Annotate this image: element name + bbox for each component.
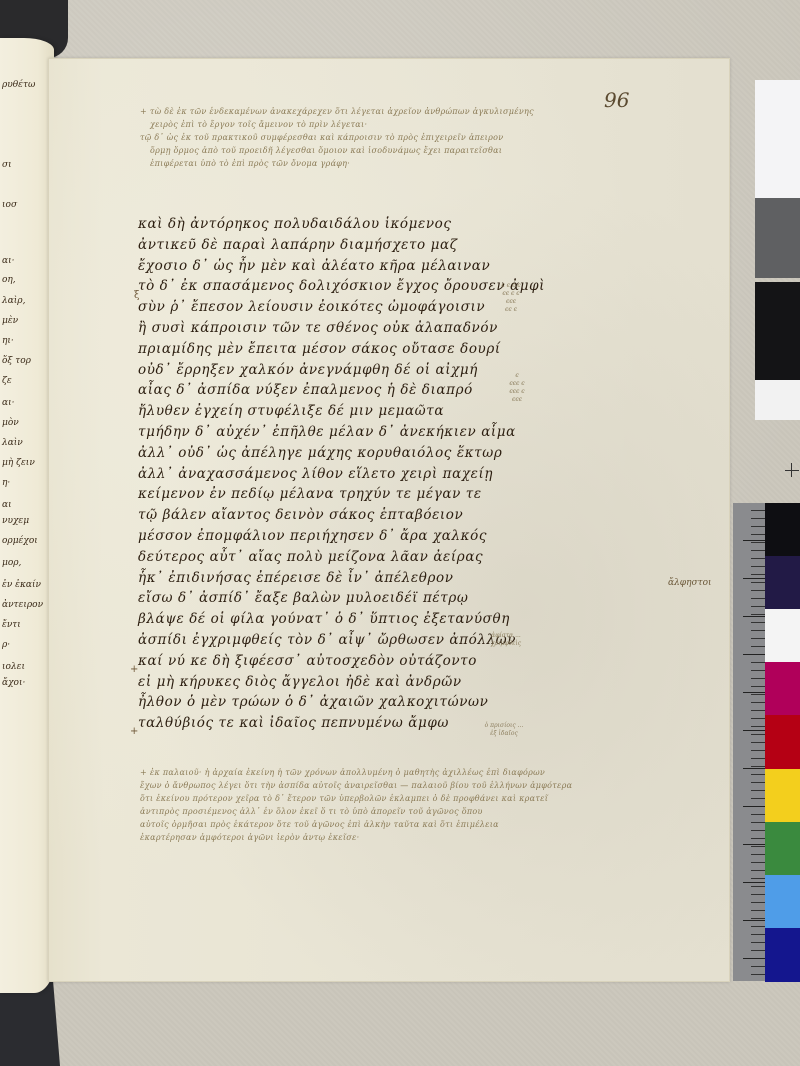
color-swatch-yellow [765, 769, 800, 823]
crosshair-icon [785, 470, 799, 471]
margin-note-4: ὁ πρισίοις ... ἐξ ἰδαῖος [484, 722, 524, 738]
text-line: σὺν ῥ᾽ ἔπεσον λείουσιν ἐοικότες ὠμοφάγοι… [138, 297, 518, 318]
text-line: πριαμίδης μὲν ἔπειτα μέσον σάκος οὔτασε … [138, 339, 518, 360]
text-line: ἀσπίδι ἐγχριμφθείς τὸν δ᾽ αἶψ᾽ ὤρθωσεν ἀ… [138, 630, 518, 651]
left-page-text-fragment: ἀντειρον [2, 600, 43, 610]
left-page-text-fragment: λαὶν [2, 438, 23, 448]
text-line: ἀλλ᾽ οὐδ᾽ ὡς ἀπέληγε μάχης κορυθαιόλος ἕ… [138, 443, 518, 464]
crosshair-icon [791, 463, 792, 477]
text-line: ἐπιφέρεται ὑπὸ τὸ ἐπὶ πρὸς τῶν ὄνομα γρά… [140, 157, 700, 170]
text-line: ἔχων ὁ ἄνθρωπος λέγει ὅτι τὴν ἀσπίδα αὐτ… [140, 779, 710, 792]
scholia-bottom: + ἐκ παλαιοῦ· ἡ ἀρχαία ἐκείνη ἡ τῶν χρόν… [140, 766, 710, 844]
text-line: ἐκαρτέρησαν ἀμφότεροι ἀγῶνι ἱερὸν ἀντῳ ἐ… [140, 831, 710, 844]
text-line: οὐδ᾽ ἔρρηξεν χαλκόν ἀνεγνάμφθη δέ οἱ αἰχ… [138, 360, 518, 381]
text-line: βλάψε δέ οἱ φίλα γούνατ᾽ ὁ δ᾽ ὕπτιος ἐξε… [138, 609, 518, 630]
left-page-text-fragment: αι [2, 500, 12, 510]
gray-patch-mid-gray [755, 198, 800, 278]
left-page-text-fragment: ορμέχοι [2, 536, 38, 546]
left-page-text-fragment: ζε [2, 376, 12, 386]
text-line: καί νύ κε δὴ ξιφέεσσ᾽ αὐτοσχεδὸν οὐτάζον… [138, 651, 518, 672]
text-line: ταλθύβιός τε καὶ ἰδαῖος πεπνυμένω ἄμφω [138, 713, 518, 734]
line-marker: + [130, 726, 138, 737]
text-line: ὅρμῃ ὅρμος ἀπὸ τοῦ προειδῆ λέγεσθαι ὅμοι… [140, 144, 700, 157]
text-line: ὅτι ἐκείνου πρότερον χεῖρα τὸ δ᾽ ἕτερον … [140, 792, 710, 805]
text-line: ἀντικεῦ δὲ παραὶ λαπάρην διαμήσχετο μαζ [138, 235, 518, 256]
text-line: ἔχοσιο δ᾽ ὡς ἦν μὲν καὶ ἀλέατο κῆρα μέλα… [138, 256, 518, 277]
left-page-text-fragment: μὸν [2, 418, 19, 428]
ruler-ticks-major [743, 503, 765, 981]
text-line: εἴσω δ᾽ ἀσπίδ᾽ ἔαξε βαλὼν μυλοειδέϊ πέτρ… [138, 588, 518, 609]
margin-note-2: ϵϵϵϵ ϵϵϵϵ ϵϵϵϵ [500, 372, 534, 404]
text-line: εἰ μὴ κήρυκες διὸς ἄγγελοι ἠδὲ καὶ ἀνδρῶ… [138, 672, 518, 693]
left-page-text-fragment: ἔντι [2, 620, 21, 630]
left-page-text-fragment: μορ, [2, 558, 21, 568]
left-page-text-fragment: λαὶρ, [2, 296, 25, 306]
color-swatch-blue [765, 928, 800, 982]
color-swatch-red [765, 715, 800, 769]
line-marker: ξ [134, 290, 140, 301]
text-line: ἦλθον ὁ μὲν τρώων ὁ δ᾽ ἀχαιῶν χαλκοχιτών… [138, 692, 518, 713]
main-text-block: καὶ δὴ ἀντόρηκος πολυδαιδάλου ἱκόμενοςἀν… [138, 214, 518, 734]
left-page-text-fragment: ἄχοι· [2, 678, 25, 688]
text-line: ἀλλ᾽ ἀναχασσάμενος λίθον εἵλετο χειρὶ πα… [138, 464, 518, 485]
gray-scale-card [755, 80, 800, 420]
left-page-text-fragment: ἐν ἐκαίν [2, 580, 41, 590]
text-line: ἤλυθεν ἐγχείη στυφέλιξε δέ μιν μεμαῶτα [138, 401, 518, 422]
left-page-text-fragment: νυχεμ [2, 516, 29, 526]
text-line: τῷ βάλεν αἴαντος δεινὸν σάκος ἑπταβόειον [138, 505, 518, 526]
text-line: κείμενον ἐν πεδίῳ μέλανα τρηχύν τε μέγαν… [138, 484, 518, 505]
left-page-text-fragment: αι· [2, 256, 14, 266]
left-page-text-fragment: ηι· [2, 336, 14, 346]
line-marker: + [130, 664, 138, 675]
margin-note-right: ἄλφηστοι [668, 578, 712, 588]
left-page-text-fragment: ρυθέτω [2, 80, 35, 90]
color-swatch-white [765, 609, 800, 663]
text-line: ἧκ᾽ ἐπιδινήσας ἐπέρεισε δὲ ἶν᾽ ἀπέλεθρον [138, 568, 518, 589]
left-page-text-fragment: ὅξ τορ [2, 356, 31, 366]
color-swatch-black [765, 503, 800, 557]
left-page-text-fragment: η· [2, 478, 10, 488]
text-line: τμήδην δ᾽ αὐχέν᾽ ἐπῆλθε μέλαν δ᾽ ἀνεκήκι… [138, 422, 518, 443]
text-line: αὐτοῖς ὁρμῆσαι πρὸς ἑκάτερον ὅτε τοῦ ἀγῶ… [140, 818, 710, 831]
left-page-text-fragment: μὴ ζειν [2, 458, 35, 468]
text-line: δεύτερος αὖτ᾽ αἴας πολὺ μείζονα λᾶαν ἀεί… [138, 547, 518, 568]
left-page-text-fragment: ρ· [2, 640, 10, 650]
gray-patch-black [755, 282, 800, 380]
gray-patch-white-crosshair [755, 380, 800, 420]
gray-patch-white [755, 80, 800, 198]
left-page-text-fragment: μὲν [2, 316, 18, 326]
text-line: ἢ συσὶ κάπροισιν τῶν τε σθένος οὐκ ἀλαπα… [138, 318, 518, 339]
text-line: + τὼ δὲ ἐκ τῶν ἑνδεκαμένων ἀνακεχάρεχεν … [140, 105, 700, 118]
text-line: αἶας δ᾽ ἀσπίδα νύξεν ἐπαλμενος ἡ δὲ διαπ… [138, 380, 518, 401]
color-swatch-dark-navy [765, 556, 800, 610]
text-line: τὸ δ᾽ ἐκ σπασάμενος δολιχόσκιον ἔγχος ὄρ… [138, 276, 518, 297]
margin-note-1: ϵ ϵ ϵ ϵϵϵ ϵ ϵϵϵϵϵϵ ϵ [494, 282, 528, 314]
text-line: καὶ δὴ ἀντόρηκος πολυδαιδάλου ἱκόμενος [138, 214, 518, 235]
text-line: τῷ δ᾽ ὡς ἐκ τοῦ πρακτικοῦ συμφέρεσθαι κα… [140, 131, 700, 144]
text-line: μέσσον ἐπομφάλιον περιήχησεν δ᾽ ἄρα χαλκ… [138, 526, 518, 547]
left-page-text-fragment: ιοσ [2, 200, 17, 210]
text-line: χειρὸς ἐπὶ τὸ ἔργον τοῖς ἄμεινον τὸ πρὶν… [140, 118, 700, 131]
left-page-text-fragment: αι· [2, 398, 14, 408]
margin-note-3: ἀφίστα ... χριμφθεὶς [486, 632, 526, 648]
color-swatch-cyan-blue [765, 875, 800, 929]
left-page-text-fragment: ιολει [2, 662, 25, 672]
color-swatch-magenta [765, 662, 800, 716]
scholia-top: + τὼ δὲ ἐκ τῶν ἑνδεκαμένων ἀνακεχάρεχεν … [140, 105, 700, 170]
left-page-text-fragment: σι [2, 160, 12, 170]
text-line: ἀντιπρὸς προσιέμενος ἀλλ᾽ ἐν ὅλον ἐκεῖ ὅ… [140, 805, 710, 818]
text-line: + ἐκ παλαιοῦ· ἡ ἀρχαία ἐκείνη ἡ τῶν χρόν… [140, 766, 710, 779]
left-page-text-fragment: οη, [2, 275, 16, 285]
left-facing-page: ρυθέτωσιιοσαι·οη,λαὶρ,μὲνηι·ὅξ τορζεαι·μ… [0, 38, 54, 993]
color-calibration-strip [733, 503, 800, 981]
color-swatch-green [765, 822, 800, 876]
